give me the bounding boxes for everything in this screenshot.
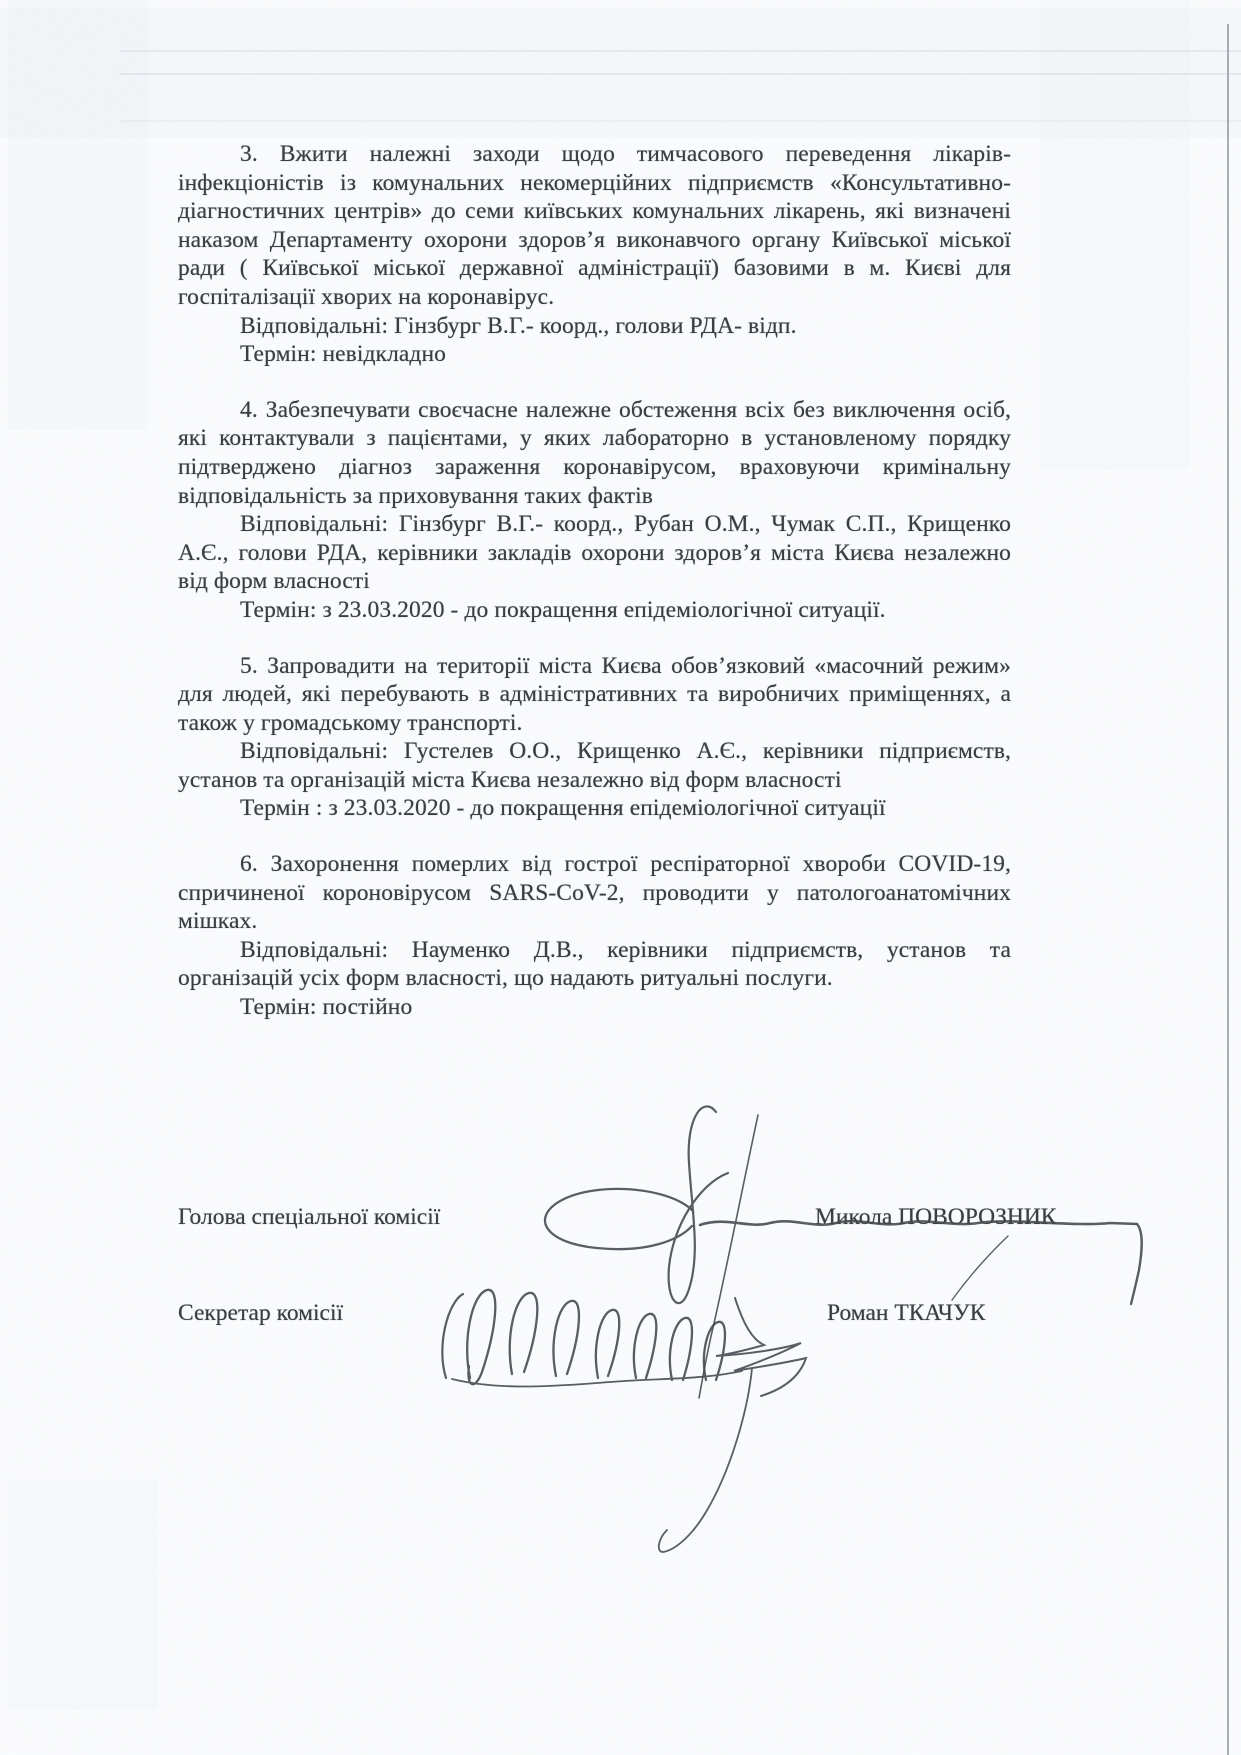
section-paragraph: 6. Захоронення померлих від гострої респ…	[178, 850, 1011, 936]
noise-right-band	[1040, 0, 1190, 470]
section-number: 6.	[240, 851, 258, 877]
term-line: Термін : з 23.03.2020 - до покращення еп…	[178, 794, 1011, 823]
section-paragraph: 5. Запровадити на території міста Києва …	[178, 652, 1011, 738]
scan-streak	[120, 120, 1241, 122]
term-line: Термін: з 23.03.2020 - до покращення епі…	[178, 596, 1011, 625]
section-body: Захоронення померлих від гострої респіра…	[178, 851, 1011, 934]
section-number: 3.	[240, 141, 258, 167]
scan-streak	[120, 73, 1241, 75]
noise-left-bottom	[8, 1480, 158, 1710]
signer-title-chairman: Голова спеціальної комісії	[178, 1203, 440, 1232]
responsible-line: Відповідальні: Густелев О.О., Крищенко А…	[178, 737, 1011, 794]
section-number: 4.	[240, 397, 258, 423]
section-body: Забезпечувати своєчасне належне обстежен…	[178, 397, 1011, 509]
scanned-document-page: { "document": { "sections": [ { "number"…	[0, 0, 1241, 1755]
document-section-3: 3. Вжити належні заходи щодо тимчасового…	[178, 140, 1011, 369]
responsible-line: Відповідальні: Науменко Д.В., керівники …	[178, 936, 1011, 993]
signer-name-povoroznyk: Микола ПОВОРОЗНИК	[815, 1203, 1056, 1232]
section-body: Вжити належні заходи щодо тимчасового пе…	[178, 141, 1011, 310]
noise-left-band	[8, 0, 148, 430]
signature-tkachuk	[442, 1290, 806, 1552]
term-line: Термін: невідкладно	[178, 340, 1011, 369]
signature-povoroznyk	[545, 1106, 1142, 1398]
responsible-line: Відповідальні: Гінзбург В.Г.- коорд., Ру…	[178, 510, 1011, 596]
term-line: Термін: постійно	[178, 993, 1011, 1022]
section-paragraph: 3. Вжити належні заходи щодо тимчасового…	[178, 140, 1011, 312]
section-number: 5.	[240, 653, 258, 679]
scan-edge-line	[1227, 24, 1229, 1755]
noise-top-band	[0, 8, 1241, 138]
document-text-block: 3. Вжити належні заходи щодо тимчасового…	[178, 140, 1011, 1049]
section-body: Запровадити на території міста Києва обо…	[178, 653, 1011, 736]
signer-name-tkachuk: Роман ТКАЧУК	[827, 1299, 985, 1328]
document-section-6: 6. Захоронення померлих від гострої респ…	[178, 850, 1011, 1022]
signer-title-secretary: Секретар комісії	[178, 1299, 343, 1328]
scan-streak	[120, 50, 1241, 52]
responsible-line: Відповідальні: Гінзбург В.Г.- коорд., го…	[178, 312, 1011, 341]
document-section-4: 4. Забезпечувати своєчасне належне обсте…	[178, 396, 1011, 625]
section-paragraph: 4. Забезпечувати своєчасне належне обсте…	[178, 396, 1011, 510]
document-section-5: 5. Запровадити на території міста Києва …	[178, 652, 1011, 824]
